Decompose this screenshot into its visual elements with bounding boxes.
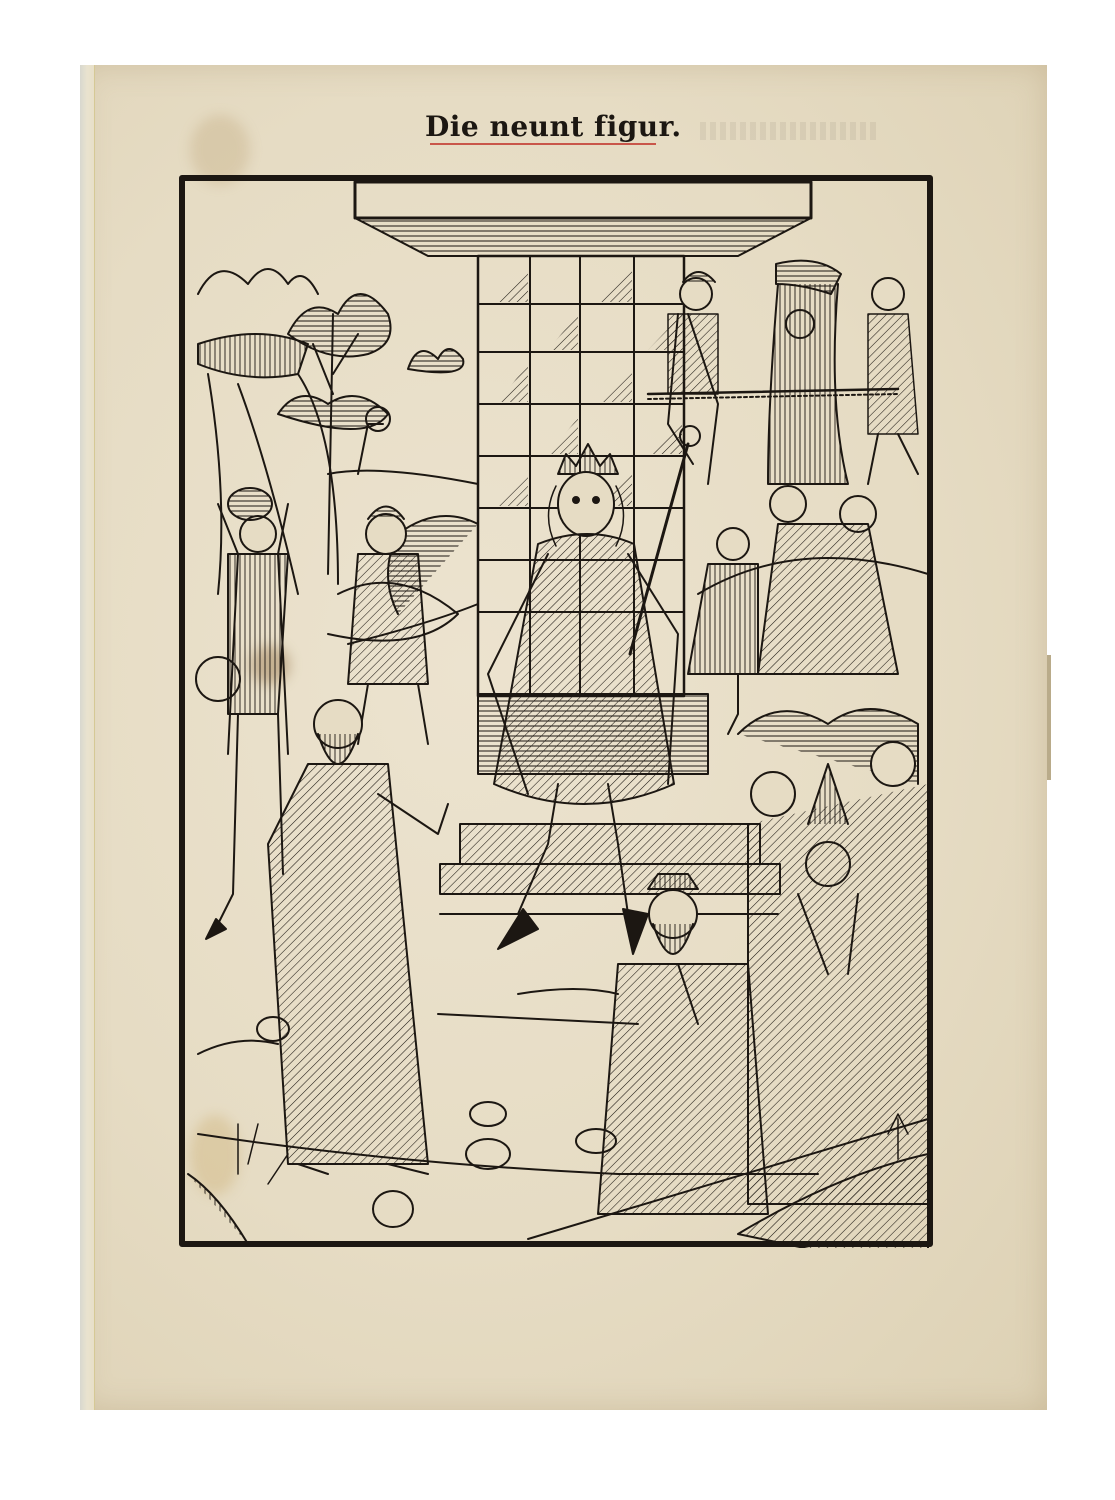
woodcut-illustration (178, 174, 934, 1248)
rubric-underline (430, 143, 656, 145)
kneeling-elder (598, 874, 768, 1214)
page-binding-edge (80, 65, 95, 1410)
stone-thrower-middle (348, 407, 428, 744)
seizure-group (688, 486, 898, 734)
bleed-through-text (700, 122, 880, 140)
bearded-prophet (268, 700, 448, 1174)
torn-edge (1047, 655, 1051, 780)
throne-base (440, 694, 780, 914)
sawing-in-tree-scene (648, 261, 918, 484)
kneeling-crowd (738, 709, 928, 1204)
